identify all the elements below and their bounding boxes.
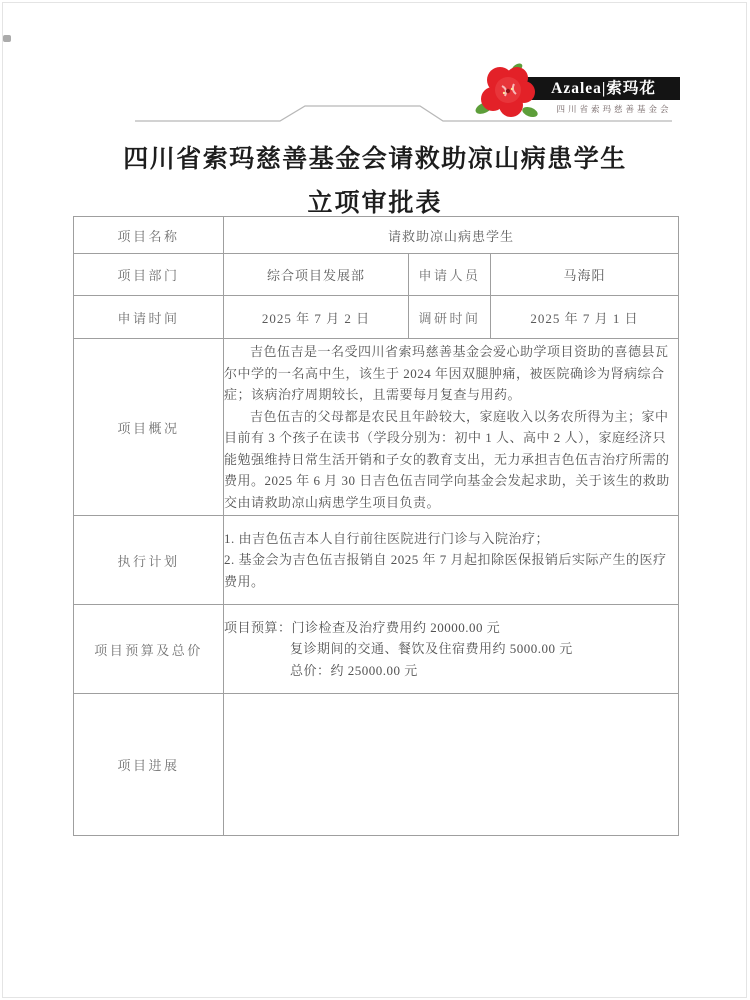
budget-line-3: 总价：约 25000.00 元	[224, 660, 678, 682]
row-progress: 项目进展	[74, 694, 679, 836]
plan-item-2: 2. 基金会为吉色伍吉报销自 2025 年 7 月起扣除医保报销后实际产生的医疗…	[224, 549, 678, 592]
apply-time-value: 2025 年 7 月 2 日	[224, 296, 409, 339]
applicant-label: 申请人员	[409, 254, 491, 296]
overview-paragraph-1: 吉色伍吉是一名受四川省索玛慈善基金会爱心助学项目资助的喜德县瓦尔中学的一名高中生…	[224, 341, 678, 406]
budget-line-1: 项目预算：门诊检查及治疗费用约 20000.00 元	[224, 617, 678, 639]
row-budget: 项目预算及总价 项目预算：门诊检查及治疗费用约 20000.00 元 复诊期间的…	[74, 605, 679, 694]
overview-value: 吉色伍吉是一名受四川省索玛慈善基金会爱心助学项目资助的喜德县瓦尔中学的一名高中生…	[224, 339, 679, 516]
research-time-label: 调研时间	[409, 296, 491, 339]
row-plan: 执行计划 1. 由吉色伍吉本人自行前往医院进行门诊与入院治疗； 2. 基金会为吉…	[74, 516, 679, 605]
row-overview: 项目概况 吉色伍吉是一名受四川省索玛慈善基金会爱心助学项目资助的喜德县瓦尔中学的…	[74, 339, 679, 516]
approval-form-table: 项目名称 请救助凉山病患学生 项目部门 综合项目发展部 申请人员 马海阳 申请时…	[73, 216, 679, 836]
foundation-logo: Azalea|索玛花 四川省索玛慈善基金会	[470, 62, 682, 124]
project-name-value: 请救助凉山病患学生	[224, 217, 679, 254]
plan-item-1: 1. 由吉色伍吉本人自行前往医院进行门诊与入院治疗；	[224, 528, 678, 550]
budget-label: 项目预算及总价	[74, 605, 224, 694]
overview-paragraph-2: 吉色伍吉的父母都是农民且年龄较大，家庭收入以务农所得为主；家中目前有 3 个孩子…	[224, 406, 678, 514]
row-department: 项目部门 综合项目发展部 申请人员 马海阳	[74, 254, 679, 296]
research-time-value: 2025 年 7 月 1 日	[491, 296, 679, 339]
document-title-line2: 立项审批表	[0, 183, 750, 219]
document-title-line1: 四川省索玛慈善基金会请救助凉山病患学生	[0, 139, 750, 175]
budget-value: 项目预算：门诊检查及治疗费用约 20000.00 元 复诊期间的交通、餐饮及住宿…	[224, 605, 679, 694]
plan-label: 执行计划	[74, 516, 224, 605]
apply-time-label: 申请时间	[74, 296, 224, 339]
applicant-value: 马海阳	[491, 254, 679, 296]
progress-value	[224, 694, 679, 836]
plan-value: 1. 由吉色伍吉本人自行前往医院进行门诊与入院治疗； 2. 基金会为吉色伍吉报销…	[224, 516, 679, 605]
azalea-flower-icon	[470, 62, 550, 126]
department-label: 项目部门	[74, 254, 224, 296]
row-apply-time: 申请时间 2025 年 7 月 2 日 调研时间 2025 年 7 月 1 日	[74, 296, 679, 339]
logo-subtitle: 四川省索玛慈善基金会	[546, 103, 682, 115]
progress-label: 项目进展	[74, 694, 224, 836]
department-value: 综合项目发展部	[224, 254, 409, 296]
row-project-name: 项目名称 请救助凉山病患学生	[74, 217, 679, 254]
project-name-label: 项目名称	[74, 217, 224, 254]
budget-line-2: 复诊期间的交通、餐饮及住宿费用约 5000.00 元	[224, 638, 678, 660]
overview-label: 项目概况	[74, 339, 224, 516]
